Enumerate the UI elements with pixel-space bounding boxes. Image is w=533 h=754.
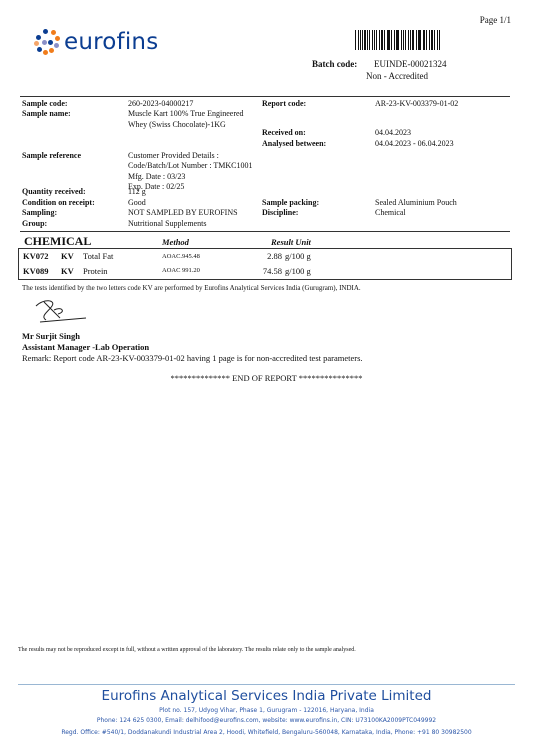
method: AOAC.945.48 <box>162 253 200 260</box>
signatory-name: Mr Surjit Singh <box>22 331 80 341</box>
method-header: Method <box>162 237 189 247</box>
received-on-value: 04.04.2023 <box>375 128 411 138</box>
batch-code-value: EUINDE-00021324 <box>374 59 447 69</box>
registered-office: Regd. Office: #540/1, Doddanakundi Indus… <box>0 729 533 736</box>
result-unit-header: Result Unit <box>271 237 311 247</box>
page-number: Page 1/1 <box>480 15 511 25</box>
parameter: Total Fat <box>83 251 113 261</box>
group-value: Nutritional Supplements <box>128 219 206 229</box>
footer-divider <box>18 684 515 685</box>
result-value: 74.58 <box>246 266 282 276</box>
sampling-label: Sampling: <box>22 208 57 217</box>
discipline-value: Chemical <box>375 208 406 218</box>
lab-code: KV <box>61 251 74 261</box>
sample-code-label: Sample code: <box>22 99 68 108</box>
company-address: Plot no. 157, Udyog Vihar, Phase 1, Guru… <box>0 707 533 714</box>
analysed-between-value: 04.04.2023 - 06.04.2023 <box>375 139 454 149</box>
test-code: KV089 <box>23 266 49 276</box>
sample-packing-label: Sample packing: <box>262 198 319 207</box>
eurofins-dots-icon <box>34 29 60 55</box>
signatory-role: Assistant Manager -Lab Operation <box>22 342 149 352</box>
quantity-received-label: Quantity received: <box>22 187 86 196</box>
barcode <box>355 30 441 50</box>
discipline-label: Discipline: <box>262 208 298 217</box>
company-name: Eurofins Analytical Services India Priva… <box>0 688 533 704</box>
end-of-report: ************** END OF REPORT ***********… <box>0 373 533 383</box>
group-label: Group: <box>22 219 47 228</box>
sample-packing-value: Sealed Aluminium Pouch <box>375 198 457 208</box>
sample-code-value: 260-2023-04000217 <box>128 99 193 109</box>
remark: Remark: Report code AR-23-KV-003379-01-0… <box>22 353 363 363</box>
condition-label: Condition on receipt: <box>22 198 95 207</box>
table-row: KV089 KV Protein AOAC 991.20 74.58 g/100… <box>19 266 511 280</box>
sample-reference-line1: Customer Provided Details : <box>128 151 219 161</box>
parameter: Protein <box>83 266 108 276</box>
sample-reference-line2: Code/Batch/Lot Number : TMKC1001 <box>128 161 253 171</box>
received-on-label: Received on: <box>262 128 306 137</box>
report-code-value: AR-23-KV-003379-01-02 <box>375 99 458 109</box>
chemical-table-header: CHEMICAL Method Result Unit <box>20 234 510 248</box>
sample-reference-label: Sample reference <box>22 151 81 160</box>
test-code: KV072 <box>23 251 49 261</box>
quantity-received-value: 112 g <box>128 187 146 197</box>
chemical-results-table: KV072 KV Total Fat AOAC.945.48 2.88 g/10… <box>18 248 512 280</box>
batch-code-label: Batch code: <box>312 59 357 69</box>
condition-value: Good <box>128 198 146 208</box>
sample-reference-line3: Mfg. Date : 03/23 <box>128 172 185 182</box>
result-value: 2.88 <box>246 251 282 261</box>
lab-code: KV <box>61 266 74 276</box>
disclaimer: The results may not be reproduced except… <box>18 647 356 653</box>
sampling-value: NOT SAMPLED BY EUROFINS <box>128 208 238 218</box>
report-code-label: Report code: <box>262 99 306 108</box>
company-contact: Phone: 124 625 0300, Email: delhifood@eu… <box>0 717 533 724</box>
sample-name-label: Sample name: <box>22 109 71 118</box>
sample-name-line2: Whey (Swiss Chocolate)-1KG <box>128 120 226 130</box>
result-unit: g/100 g <box>285 266 311 276</box>
brand-name: eurofins <box>64 29 158 55</box>
signature-icon <box>26 296 96 326</box>
eurofins-logo: eurofins <box>34 28 158 56</box>
kv-note: The tests identified by the two letters … <box>22 284 361 292</box>
chemical-title: CHEMICAL <box>24 234 91 249</box>
analysed-between-label: Analysed between: <box>262 139 326 148</box>
table-row: KV072 KV Total Fat AOAC.945.48 2.88 g/10… <box>19 251 511 265</box>
accreditation-status: Non - Accredited <box>366 71 428 81</box>
sample-info-block: Sample code: 260-2023-04000217 Sample na… <box>20 96 510 232</box>
result-unit: g/100 g <box>285 251 311 261</box>
method: AOAC 991.20 <box>162 267 200 274</box>
sample-name-line1: Muscle Kart 100% True Engineered <box>128 109 244 119</box>
